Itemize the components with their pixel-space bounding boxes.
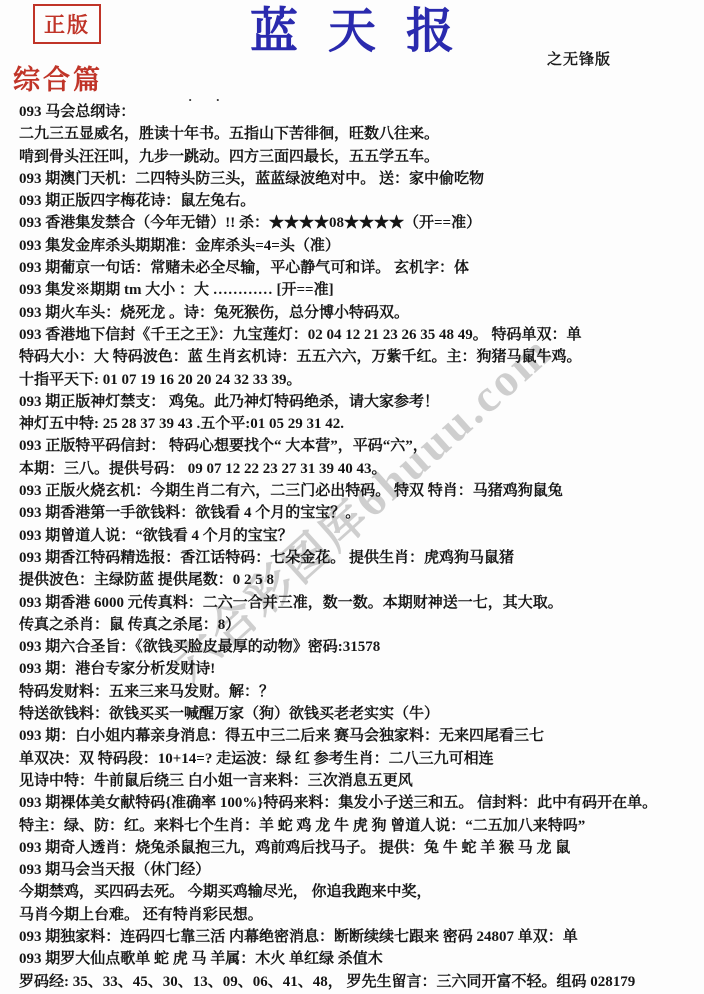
text-line: 神灯五中特: 25 28 37 39 43 .五个平:01 05 29 31 4… [19, 413, 702, 435]
text-line: 单双决：双 特码段：10+14=? 走运波：绿 红 参考生肖：二八三九可相连 [19, 748, 702, 770]
text-line: 093 期火车头：烧死龙 。诗：兔死猴伤，总分博小特码双。 [19, 302, 702, 324]
text-line: 093 期正版四字梅花诗：鼠左兔右。 [19, 190, 702, 212]
text-line: 本期：三八。提供号码： 09 07 12 22 23 27 31 39 40 4… [19, 458, 702, 480]
text-line: 093 香港集发禁合（今年无错）!! 杀：★★★★08★★★★（开==准） [19, 212, 702, 234]
text-line: 二九三五显威名，胜读十年书。五指山下苦徘徊，旺数八往来。 [19, 123, 702, 145]
text-line: 见诗中特：牛前鼠后绕三 白小姐一言来料：三次消息五更风 [19, 770, 702, 792]
text-line: 093 期澳门天机：二四特头防三头，蓝蓝绿波绝对中。 送：家中偷吃物 [19, 168, 702, 190]
text-line: 十指平天下: 01 07 19 16 20 20 24 32 33 39。 [19, 369, 702, 391]
text-line: 特主：绿、防：红。来料七个生肖：羊 蛇 鸡 龙 牛 虎 狗 曾道人说：“二五加八… [19, 815, 702, 837]
text-line: 特码大小：大 特码波色：蓝 生肖玄机诗：五五六六，万紫千红。主：狗猪马鼠牛鸡。 [19, 346, 702, 368]
text-line: 093 期曾道人说：“欲钱看 4 个月的宝宝？ [19, 525, 702, 547]
text-line: 093 期正版神灯禁支： 鸡兔。此乃神灯特码绝杀，请大家参考！ [19, 391, 702, 413]
text-line: 093 期香港第一手欲钱料：欲钱看 4 个月的宝宝？。 [19, 502, 702, 524]
text-line: 093 期六合圣旨：《欲钱买脸皮最厚的动物》密码:31578 [19, 636, 702, 658]
text-line: 093 正版特平码信封： 特码心想要找个“ 大本营”，平码“六”， [19, 435, 702, 457]
text-line: 马肖今期上台难。 还有特肖彩民想。 [19, 904, 702, 926]
text-line: 093 期香江特码精选报：香江话特码：七朵金花。 提供生肖：虎鸡狗马鼠猪 [19, 547, 702, 569]
text-line: 今期禁鸡，买四码去死。 今期买鸡输尽光， 你追我跑来中奖， [19, 881, 702, 903]
text-line: 093 集发金库杀头期期准：金库杀头=4=头（准） [19, 235, 702, 257]
text-line: 093 正版火烧玄机：今期生肖二有六，二三门必出特码。 特双 特肖：马猪鸡狗鼠兔 [19, 480, 702, 502]
section-title: 综合篇 [13, 58, 103, 97]
text-line: 093 期马会当天报（休门经） [19, 859, 702, 881]
text-line: 093 期裸体美女献特码{准确率 100%}特码来料：集发小子送三和五。 信封料… [19, 792, 702, 814]
text-line: 093 期：白小姐内幕亲身消息：得五中三二后来 赛马会独家料：无来四尾看三七 [19, 725, 702, 747]
text-line: 093 期葡京一句话：常赌未必全尽输，平心静气可和详。 玄机字：体 [19, 257, 702, 279]
text-line: 传真之杀肖：鼠 传真之杀尾：8） [19, 614, 702, 636]
text-line: 093 集发※期期 tm 大小 ：大 ………… [开==准] [19, 279, 702, 301]
text-line: 特送欲钱料：欲钱买买一喊醒万家（狗）欲钱买老老实实（牛） [19, 703, 702, 725]
text-line: 093 期香港 6000 元传真料：二六一合并三准，数一数。本期财神送一七，其大… [19, 592, 702, 614]
text-line: 093 香港地下信封《千王之王》：九宝莲灯：02 04 12 21 23 26 … [19, 324, 702, 346]
text-line: 093 期独家料：连码四七靠三活 内幕绝密消息：断断续续七跟来 密码 24807… [19, 926, 702, 948]
text-line: 093 期罗大仙点歌单 蛇 虎 马 羊属：木火 单红绿 杀值木 [19, 948, 702, 970]
text-line: 093 期奇人透肖：烧兔杀鼠抱三九，鸡前鸡后找马子。 提供：兔 牛 蛇 羊 猴 … [19, 837, 702, 859]
blue-sky-report-page: 正版 蓝天报 之无锋版 综合篇 · · 六合彩图库6huuu.com 093 马… [0, 0, 704, 994]
report-body: 093 马会总纲诗： 二九三五显威名，胜读十年书。五指山下苦徘徊，旺数八往来。 … [19, 101, 702, 993]
edition-label: 之无锋版 [547, 48, 611, 69]
text-line: 093 期：港台专家分析发财诗! [19, 658, 702, 680]
text-line: 特码发财料：五来三来马发财。解：？ [19, 681, 702, 703]
text-line: 啃到骨头汪汪叫，九步一跳动。四方三面四最长，五五学五车。 [19, 146, 702, 168]
text-line-heading: 093 马会总纲诗： [19, 101, 702, 123]
text-line: 提供波色：主绿防蓝 提供尾数：0 2 5 8 [19, 569, 702, 591]
text-line: 罗码经: 35、33、45、30、13、09、06、41、48， 罗先生留言：三… [19, 971, 702, 993]
